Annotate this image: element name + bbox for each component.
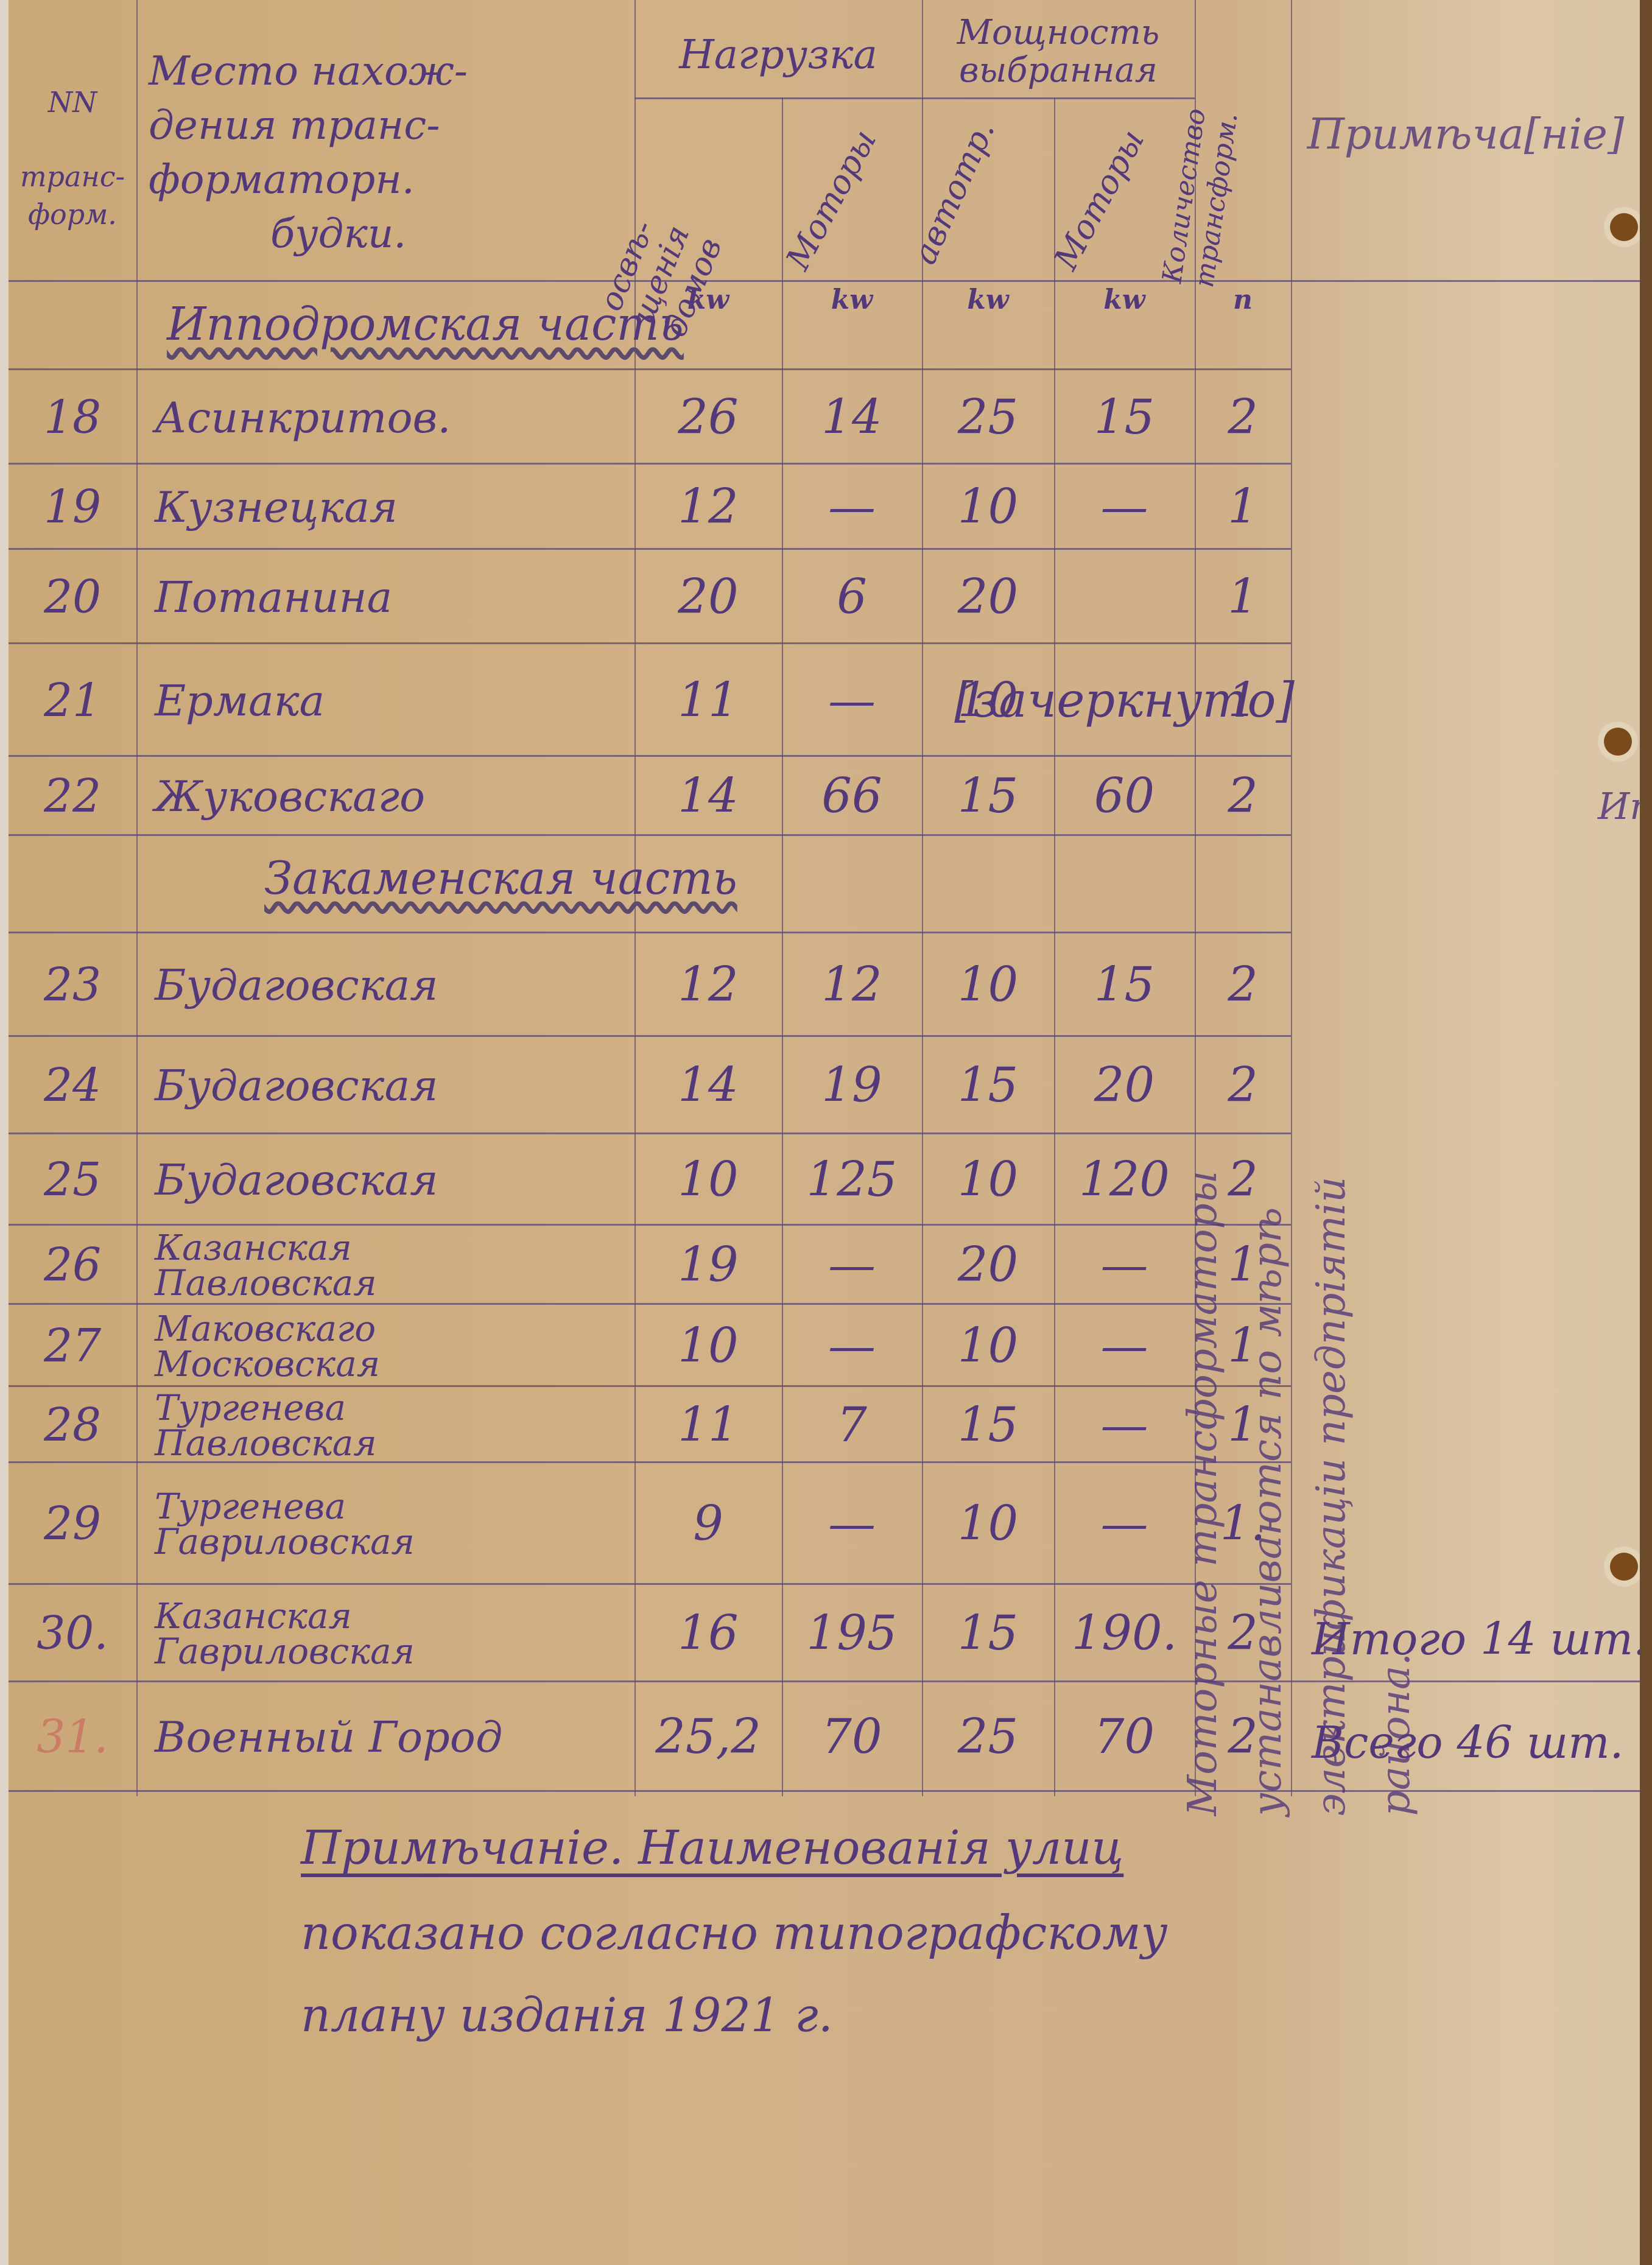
cell-lighting: 20 <box>634 552 782 642</box>
footnote-line: плану изданія 1921 г. <box>301 1988 833 2042</box>
cell-power-auto: 10 <box>922 1465 1054 1583</box>
cell-lighting: 14 <box>634 1039 782 1132</box>
grid-line <box>9 932 1291 933</box>
street-name: Будаговская <box>155 1159 438 1201</box>
cell-num: 22 <box>9 759 136 834</box>
street-name: Будаговская <box>155 1064 438 1107</box>
total-row-31: Всего 46 шт. <box>1312 1717 1623 1768</box>
cell-motors: — <box>782 1465 922 1583</box>
cell-power-motors: 15 <box>1054 935 1195 1035</box>
section-title: Ипподромская часть <box>167 298 684 351</box>
cell-lighting: 14 <box>634 759 782 834</box>
cell-num: 23 <box>9 935 136 1035</box>
cell-power-motors: 20 <box>1054 1039 1195 1132</box>
street-name: Тургенева <box>155 1489 346 1524</box>
cell-lighting: 19 <box>634 1227 782 1303</box>
header-load-motors: Моторы <box>778 124 884 276</box>
cell-lighting: 10 <box>634 1307 782 1385</box>
total-row-30: Итого 14 шт. <box>1312 1614 1647 1665</box>
cell-location: Асинкритов. <box>136 372 634 463</box>
cell-num: 26 <box>9 1227 136 1303</box>
cell-location: Ермака <box>136 646 634 755</box>
cell-location: КазанскаяГавриловская <box>136 1587 634 1680</box>
header-count: Количество трансформ. <box>1156 106 1245 289</box>
cell-power-auto: 25 <box>922 372 1054 463</box>
grid-line <box>9 1583 1291 1585</box>
cell-power-auto: 10 <box>922 935 1054 1035</box>
cell-location: ТургеневаПавловская <box>136 1389 634 1461</box>
cell-lighting: 12 <box>634 935 782 1035</box>
street-name: Жуковскаго <box>155 775 425 818</box>
punch-hole <box>1610 1553 1638 1581</box>
cell-lighting: 12 <box>634 466 782 548</box>
cell-num: 30. <box>9 1587 136 1680</box>
cell-count: 1 <box>1195 466 1291 548</box>
cell-power-motors: — <box>1054 466 1195 548</box>
grid-line <box>9 463 1291 465</box>
cell-num: 25 <box>9 1136 136 1224</box>
cell-count: 1 <box>1195 646 1291 755</box>
cell-location: Потанина <box>136 552 634 642</box>
cell-count: 1 <box>1195 552 1291 642</box>
cell-lighting: 11 <box>634 646 782 755</box>
street-name: Тургенева <box>155 1390 346 1425</box>
cell-power-auto: 20 <box>922 1227 1054 1303</box>
cell-power-auto: 10 <box>922 1136 1054 1224</box>
cell-location: Будаговская <box>136 1039 634 1132</box>
cell-lighting: 10 <box>634 1136 782 1224</box>
street-name: Гавриловская <box>155 1634 415 1669</box>
cell-num: 21 <box>9 646 136 755</box>
cell-power-auto: 10 <box>922 466 1054 548</box>
cell-power-auto: 10 <box>922 1307 1054 1385</box>
cell-count: 2 <box>1195 1039 1291 1132</box>
street-name: Павловская <box>155 1425 377 1461</box>
document-page: NN транс- форм. Место нахож- дения транс… <box>9 0 1640 2265</box>
cell-num: 24 <box>9 1039 136 1132</box>
grid-line <box>9 368 1291 370</box>
cell-num: 27 <box>9 1307 136 1385</box>
cell-location: ТургеневаГавриловская <box>136 1465 634 1583</box>
grid-line <box>9 1224 1291 1226</box>
cell-power-motors: [зачеркнуто] <box>1054 646 1195 755</box>
cell-num: 28 <box>9 1389 136 1461</box>
grid-line <box>9 834 1291 836</box>
cell-power-auto: 15 <box>922 759 1054 834</box>
section-title: Закаменская часть <box>264 852 737 905</box>
street-name: Асинкритов. <box>155 396 451 439</box>
header-power-motors: Моторы <box>1046 124 1151 276</box>
cell-lighting: 11 <box>634 1389 782 1461</box>
street-name: Будаговская <box>155 964 438 1006</box>
footnote-line: показано согласно типографскому <box>301 1906 1167 1960</box>
grid-line <box>9 1035 1291 1037</box>
cell-power-motors <box>1054 552 1195 642</box>
grid-line <box>9 1132 1291 1134</box>
header-load-group: Нагрузка <box>634 12 922 97</box>
cell-num: 20 <box>9 552 136 642</box>
cell-motors: 6 <box>782 552 922 642</box>
cell-num: 31. <box>9 1684 136 1790</box>
cell-location: Жуковскаго <box>136 759 634 834</box>
header-power-group: Мощность выбранная <box>922 6 1195 97</box>
street-name: Казанская <box>155 1598 352 1634</box>
header-transformer-number: NN транс- форм. <box>9 49 136 268</box>
cell-motors: 66 <box>782 759 922 834</box>
cell-power-auto: 15 <box>922 1039 1054 1132</box>
cell-count: 2 <box>1195 935 1291 1035</box>
cell-motors: 19 <box>782 1039 922 1132</box>
cell-location: Будаговская <box>136 935 634 1035</box>
cell-lighting: 25,2 <box>634 1684 782 1790</box>
cell-motors: 12 <box>782 935 922 1035</box>
grid-line <box>634 97 1195 99</box>
cell-location: Кузнецкая <box>136 466 634 548</box>
header-location: Место нахож- дения транс- форматорн. буд… <box>149 30 636 274</box>
cell-motors: — <box>782 1307 922 1385</box>
street-name: Потанина <box>155 576 392 619</box>
cell-num: 18 <box>9 372 136 463</box>
cell-location: Будаговская <box>136 1136 634 1224</box>
cell-motors: 70 <box>782 1684 922 1790</box>
cell-motors: — <box>782 646 922 755</box>
cell-lighting: 9 <box>634 1465 782 1583</box>
street-name: Ермака <box>155 679 325 722</box>
cell-count: 2 <box>1195 759 1291 834</box>
punch-hole <box>1604 728 1632 756</box>
punch-hole <box>1610 213 1638 241</box>
street-name: Маковскаго <box>155 1311 376 1346</box>
unit-label: kw <box>1054 281 1195 318</box>
unit-label: n <box>1195 281 1291 318</box>
cell-lighting: 16 <box>634 1587 782 1680</box>
cell-power-auto: 15 <box>922 1587 1054 1680</box>
cell-location: Военный Город <box>136 1684 634 1790</box>
cell-location: МаковскагоМосковская <box>136 1307 634 1385</box>
scan-left-strip <box>0 0 9 2265</box>
grid-line <box>9 642 1291 644</box>
cell-motors: 195 <box>782 1587 922 1680</box>
cell-motors: — <box>782 1227 922 1303</box>
cell-count: 2 <box>1195 372 1291 463</box>
cell-power-auto: 15 <box>922 1389 1054 1461</box>
cell-motors: 7 <box>782 1389 922 1461</box>
scan-right-edge <box>1640 0 1652 2265</box>
street-name: Военный Город <box>155 1716 502 1758</box>
cell-num: 19 <box>9 466 136 548</box>
cell-power-auto: 25 <box>922 1684 1054 1790</box>
grid-line <box>9 755 1291 757</box>
cell-power-motors: 15 <box>1054 372 1195 463</box>
grid-line <box>9 548 1291 550</box>
cell-num: 29 <box>9 1465 136 1583</box>
footnote-line: Примѣчаніе. Наименованія улиц <box>301 1821 1123 1875</box>
street-name: Казанская <box>155 1230 352 1265</box>
header-power-auto: автотр. <box>905 115 1002 270</box>
header-notes: Примѣча[ніе] <box>1291 91 1640 177</box>
cell-power-motors: 60 <box>1054 759 1195 834</box>
cell-power-auto: 20 <box>922 552 1054 642</box>
cell-location: КазанскаяПавловская <box>136 1227 634 1303</box>
street-name: Гавриловская <box>155 1524 415 1559</box>
street-name: Кузнецкая <box>155 486 398 528</box>
cell-motors: — <box>782 466 922 548</box>
unit-label: kw <box>922 281 1054 318</box>
street-name: Московская <box>155 1346 380 1382</box>
cell-lighting: 26 <box>634 372 782 463</box>
cell-motors: 14 <box>782 372 922 463</box>
unit-label: kw <box>782 281 922 318</box>
cell-motors: 125 <box>782 1136 922 1224</box>
street-name: Павловская <box>155 1265 377 1301</box>
